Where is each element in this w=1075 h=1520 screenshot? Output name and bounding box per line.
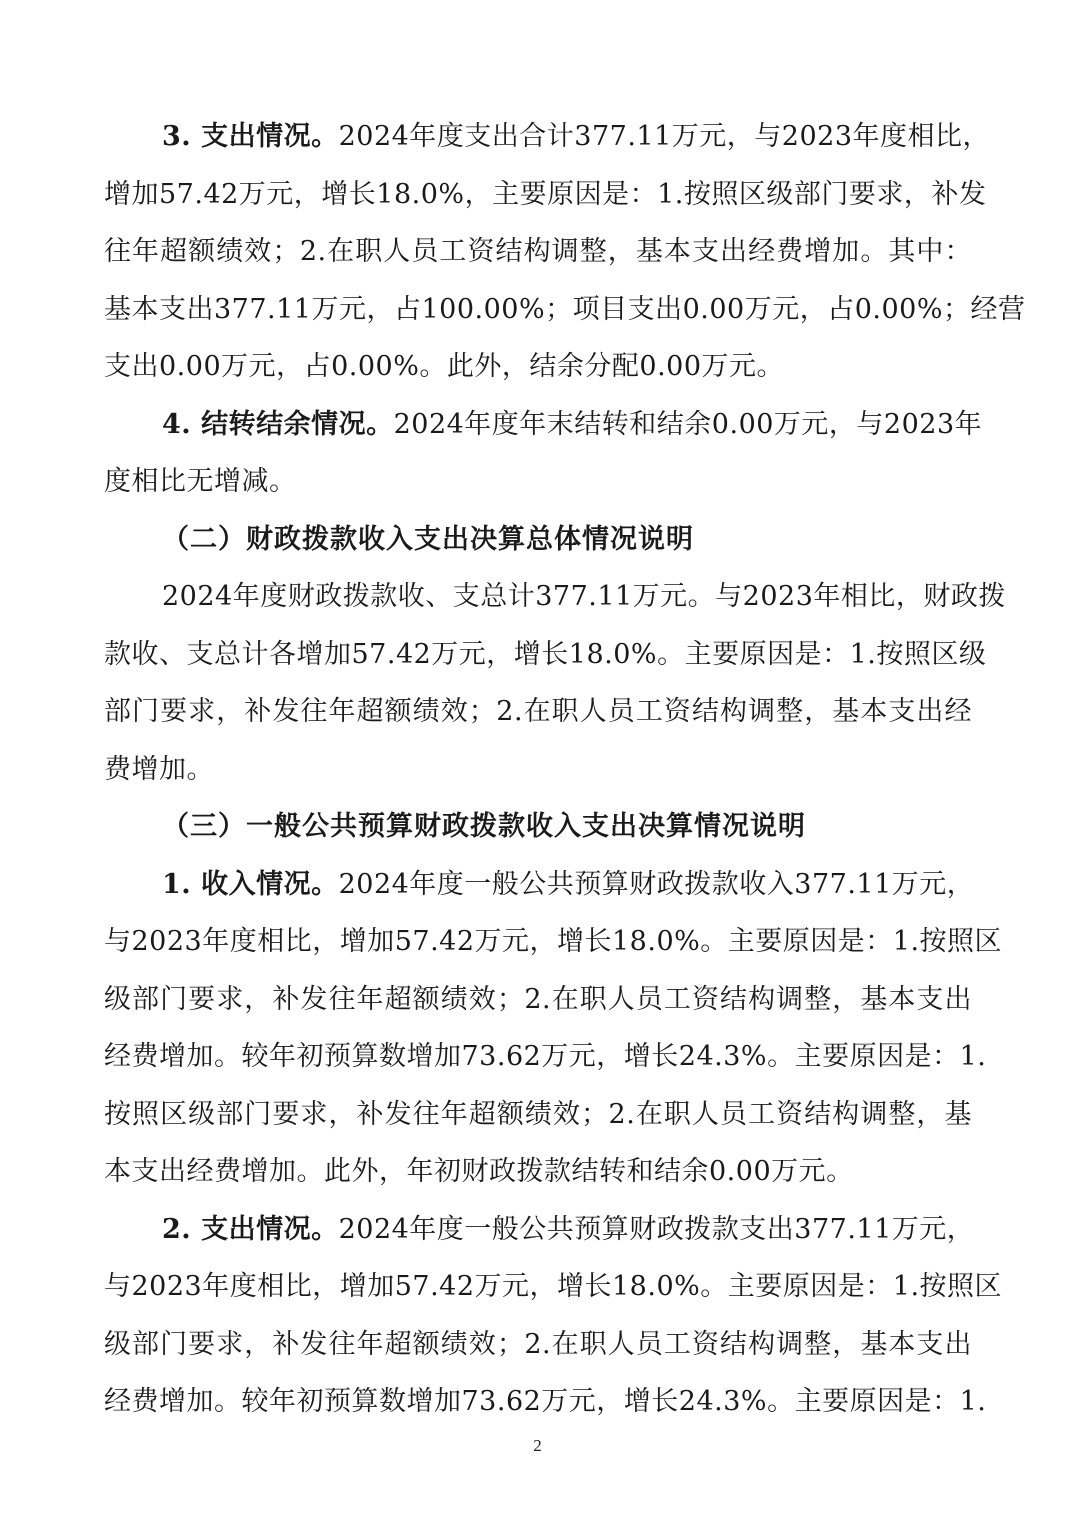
paragraph-expenditure: 3. 支出情况。2024年度支出合计377.11万元，与2023年度相比， 增加… — [104, 108, 972, 396]
text-line: 基本支出377.11万元，占100.00%；项目支出0.00万元，占0.00%；… — [104, 281, 972, 339]
text-line: 2024年度财政拨款收、支总计377.11万元。与2023年相比，财政拨 — [104, 568, 972, 626]
paragraph-lead: 1. 收入情况。 — [162, 869, 339, 900]
text-line: 经费增加。较年初预算数增加73.62万元，增长24.3%。主要原因是：1. — [104, 1028, 972, 1086]
paragraph-lead: 3. 支出情况。 — [162, 121, 339, 152]
text-line: 与2023年度相比，增加57.42万元，增长18.0%。主要原因是：1.按照区 — [104, 1258, 972, 1316]
text-line: 级部门要求，补发往年超额绩效；2.在职人员工资结构调整，基本支出 — [104, 971, 972, 1029]
text-line: 部门要求，补发往年超额绩效；2.在职人员工资结构调整，基本支出经 — [104, 683, 972, 741]
section-heading: （二）财政拨款收入支出决算总体情况说明 — [104, 511, 972, 569]
text-line: 1. 收入情况。2024年度一般公共预算财政拨款收入377.11万元， — [104, 856, 972, 914]
text-line: 3. 支出情况。2024年度支出合计377.11万元，与2023年度相比， — [104, 108, 972, 166]
text-line: 费增加。 — [104, 741, 972, 799]
page-number: 2 — [0, 1436, 1075, 1456]
text-line: 往年超额绩效；2.在职人员工资结构调整，基本支出经费增加。其中： — [104, 223, 972, 281]
text-line: 本支出经费增加。此外，年初财政拨款结转和结余0.00万元。 — [104, 1143, 972, 1201]
paragraph-lead: 4. 结转结余情况。 — [162, 409, 394, 440]
text-line: 与2023年度相比，增加57.42万元，增长18.0%。主要原因是：1.按照区 — [104, 913, 972, 971]
text-line: 按照区级部门要求，补发往年超额绩效；2.在职人员工资结构调整，基 — [104, 1086, 972, 1144]
paragraph-fiscal-overall: 2024年度财政拨款收、支总计377.11万元。与2023年相比，财政拨 款收、… — [104, 568, 972, 798]
text-line: 增加57.42万元，增长18.0%，主要原因是：1.按照区级部门要求，补发 — [104, 166, 972, 224]
text-line: 4. 结转结余情况。2024年度年末结转和结余0.00万元，与2023年 — [104, 396, 972, 454]
paragraph-lead: 2. 支出情况。 — [162, 1214, 339, 1245]
text-line: 级部门要求，补发往年超额绩效；2.在职人员工资结构调整，基本支出 — [104, 1316, 972, 1374]
text-line: 经费增加。较年初预算数增加73.62万元，增长24.3%。主要原因是：1. — [104, 1373, 972, 1431]
paragraph-carryover: 4. 结转结余情况。2024年度年末结转和结余0.00万元，与2023年 度相比… — [104, 396, 972, 511]
text-line: 度相比无增减。 — [104, 453, 972, 511]
document-page: 3. 支出情况。2024年度支出合计377.11万元，与2023年度相比， 增加… — [104, 108, 972, 1431]
paragraph-general-expenditure: 2. 支出情况。2024年度一般公共预算财政拨款支出377.11万元， 与202… — [104, 1201, 972, 1431]
paragraph-general-income: 1. 收入情况。2024年度一般公共预算财政拨款收入377.11万元， 与202… — [104, 856, 972, 1201]
text-line: 2. 支出情况。2024年度一般公共预算财政拨款支出377.11万元， — [104, 1201, 972, 1259]
section-heading: （三）一般公共预算财政拨款收入支出决算情况说明 — [104, 798, 972, 856]
text-line: 支出0.00万元，占0.00%。此外，结余分配0.00万元。 — [104, 338, 972, 396]
text-line: 款收、支总计各增加57.42万元，增长18.0%。主要原因是：1.按照区级 — [104, 626, 972, 684]
